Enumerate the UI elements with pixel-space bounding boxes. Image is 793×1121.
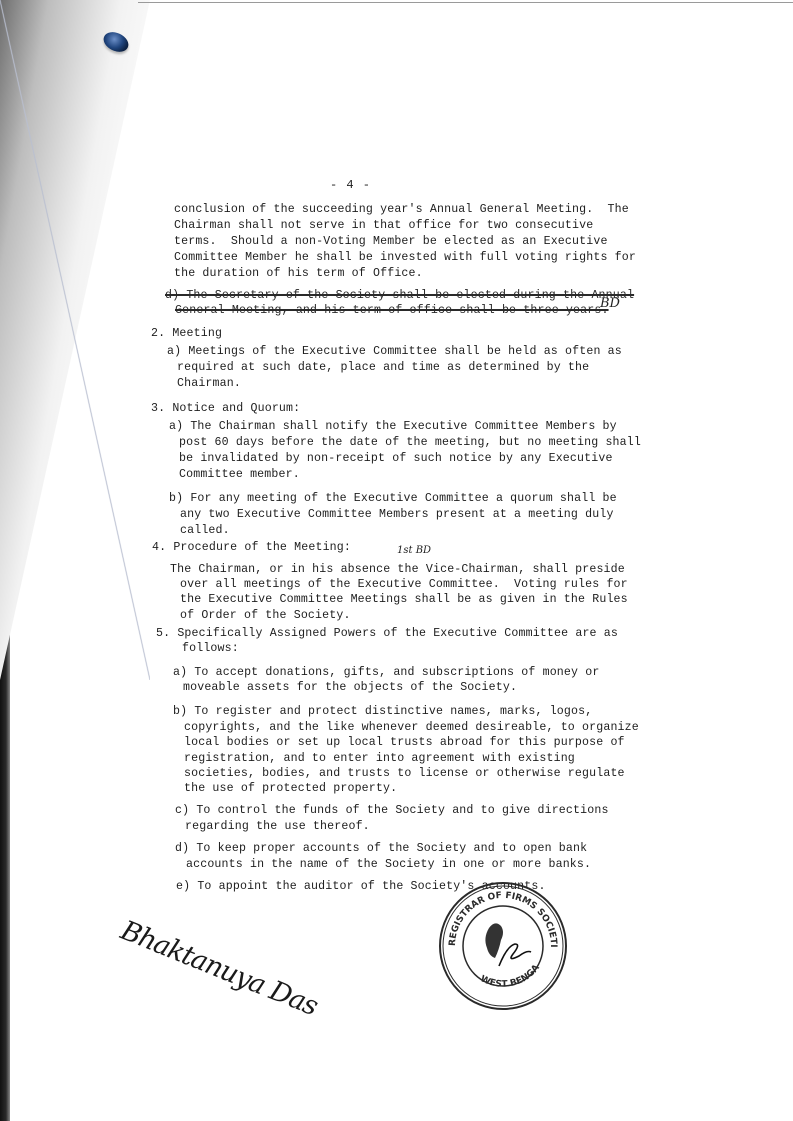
text-line: regarding the use thereof. xyxy=(185,820,370,834)
text-line: conclusion of the succeeding year's Annu… xyxy=(174,203,629,217)
text-line: of Order of the Society. xyxy=(180,609,351,623)
text-line: b) To register and protect distinctive n… xyxy=(173,705,592,719)
text-line: copyrights, and the like whenever deemed… xyxy=(184,721,639,735)
text-line: Chairman shall not serve in that office … xyxy=(174,219,593,233)
section-heading: 2. Meeting xyxy=(151,327,222,341)
section-heading: follows: xyxy=(182,642,239,656)
text-line: moveable assets for the objects of the S… xyxy=(183,681,517,695)
section-heading: 3. Notice and Quorum: xyxy=(151,402,300,416)
text-line: the use of protected property. xyxy=(184,782,397,796)
text-line: Committee Member he shall be invested wi… xyxy=(174,251,636,265)
text-line: the Executive Committee Meetings shall b… xyxy=(180,593,628,607)
page-fold-line xyxy=(0,0,150,680)
handwritten-signature: Bhaktanuya Das xyxy=(116,915,321,1022)
text-line: accounts in the name of the Society in o… xyxy=(186,858,591,872)
struck-line: General Meeting, and his term of office … xyxy=(175,304,609,318)
text-line: a) The Chairman shall notify the Executi… xyxy=(169,420,617,434)
text-line: Committee member. xyxy=(179,468,300,482)
text-line: any two Executive Committee Members pres… xyxy=(180,508,614,522)
page-number: - 4 - xyxy=(330,178,371,192)
section-heading: 5. Specifically Assigned Powers of the E… xyxy=(156,627,618,641)
section-heading: 4. Procedure of the Meeting: xyxy=(152,541,351,555)
text-line: c) To control the funds of the Society a… xyxy=(175,804,609,818)
text-line: Chairman. xyxy=(177,377,241,391)
page-top-edge xyxy=(138,2,793,3)
text-line: required at such date, place and time as… xyxy=(177,361,589,375)
text-line: a) To accept donations, gifts, and subsc… xyxy=(173,666,599,680)
text-line: registration, and to enter into agreemen… xyxy=(184,752,575,766)
text-line: The Chairman, or in his absence the Vice… xyxy=(170,563,625,577)
text-line: local bodies or set up local trusts abro… xyxy=(184,736,625,750)
text-line: post 60 days before the date of the meet… xyxy=(179,436,641,450)
text-line: b) For any meeting of the Executive Comm… xyxy=(169,492,617,506)
text-line: d) To keep proper accounts of the Societ… xyxy=(175,842,587,856)
struck-line: d) The Secretary of the Society shall be… xyxy=(165,289,634,303)
text-line: a) Meetings of the Executive Committee s… xyxy=(167,345,622,359)
handwritten-annotation: 1st BD xyxy=(397,545,431,556)
registrar-stamp-icon: REGISTRAR OF FIRMS SOCIETIES & NON T.P.O… xyxy=(437,880,569,1012)
handwritten-initials: BD xyxy=(600,296,620,311)
text-line: societies, bodies, and trusts to license… xyxy=(184,767,625,781)
text-line: called. xyxy=(180,524,230,538)
text-line: be invalidated by non-receipt of such no… xyxy=(179,452,613,466)
text-line: the duration of his term of Office. xyxy=(174,267,423,281)
text-line: terms. Should a non-Voting Member be ele… xyxy=(174,235,608,249)
text-line: over all meetings of the Executive Commi… xyxy=(180,578,628,592)
